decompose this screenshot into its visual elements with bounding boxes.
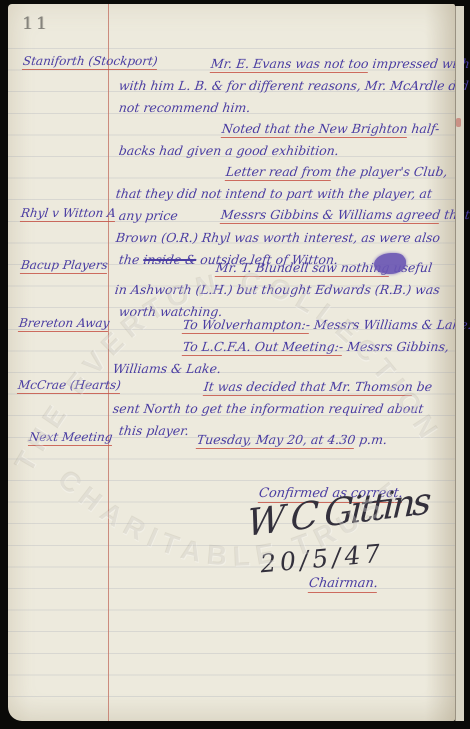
margin-heading-text: Rhyl v Witton A: [20, 206, 117, 222]
underlined-text: Chairman.: [308, 576, 379, 593]
line-text: the: [118, 252, 144, 267]
underlined-text: Messrs Gibbins & Williams agreed: [220, 207, 442, 224]
margin-heading: Brereton Away: [18, 316, 110, 331]
line-text: be: [412, 379, 433, 394]
margin-heading: Staniforth (Stockport): [22, 54, 158, 69]
minute-line: Noted that the New Brighton half-: [221, 121, 440, 136]
underlined-text: Mr. T. Blundell saw nothing: [215, 260, 391, 277]
scanned-minute-book-page: 11 Staniforth (Stockport) Rhyl v Witton …: [0, 0, 470, 729]
underlined-text: To L.C.F.A. Out Meeting:-: [182, 339, 344, 356]
underlined-text: Letter read from: [225, 164, 333, 181]
margin-heading: Rhyl v Witton A: [20, 206, 117, 221]
minute-line: that they did not intend to part with th…: [115, 186, 433, 201]
minute-line: sent North to get the information requir…: [112, 401, 424, 416]
line-text: Messrs Gibbins,: [342, 339, 450, 354]
adjacent-page-edge: [455, 6, 464, 721]
line-text: Messrs Williams & Lake.: [309, 317, 470, 332]
minute-line: Tuesday, May 20, at 4.30 p.m.: [196, 432, 388, 447]
line-text: p.m.: [354, 432, 388, 447]
underlined-text: Noted that the New Brighton: [221, 121, 409, 138]
margin-heading: Bacup Players: [20, 258, 109, 273]
minute-line: Messrs Gibbins & Williams agreed that: [220, 207, 470, 222]
margin-heading-text: McCrae (Hearts): [17, 378, 122, 394]
minute-line: this player.: [118, 423, 190, 438]
margin-heading-text: Next Meeting: [28, 430, 114, 446]
margin-heading: Next Meeting: [28, 430, 113, 445]
underlined-text: It was decided that Mr. Thomson: [203, 379, 414, 396]
minute-line: backs had given a good exhibition.: [118, 143, 340, 158]
underlined-text: To Wolverhampton:-: [182, 317, 311, 334]
margin-heading: McCrae (Hearts): [17, 378, 122, 393]
margin-heading-text: Bacup Players: [20, 258, 109, 274]
minute-line: To Wolverhampton:- Messrs Williams & Lak…: [182, 317, 470, 332]
minute-line: To L.C.F.A. Out Meeting:- Messrs Gibbins…: [182, 339, 450, 354]
edge-red-mark: [456, 118, 461, 127]
page-number: 11: [22, 14, 50, 34]
line-text: half-: [407, 121, 441, 136]
margin-heading-text: Staniforth (Stockport): [22, 54, 159, 70]
underlined-text: Tuesday, May 20, at 4.30: [196, 432, 357, 449]
minute-line: Williams & Lake.: [112, 361, 222, 376]
struck-text: inside &: [142, 252, 197, 267]
minute-line: Letter read from the player's Club,: [225, 164, 448, 179]
red-margin-line: [108, 4, 109, 721]
minute-line: any price: [118, 208, 179, 223]
minute-line: not recommend him.: [118, 100, 251, 115]
chairman-label: Chairman.: [308, 576, 379, 591]
line-text: the player's Club,: [331, 164, 449, 179]
minute-line: Mr. E. Evans was not too impressed with: [210, 56, 470, 71]
minute-line: It was decided that Mr. Thomson be: [203, 379, 433, 394]
margin-heading-text: Brereton Away: [18, 316, 110, 332]
minute-line: with him L. B. & for different reasons, …: [118, 78, 469, 93]
underlined-text: Mr. E. Evans was not too: [210, 56, 370, 73]
notebook-page: 11 Staniforth (Stockport) Rhyl v Witton …: [8, 4, 455, 721]
ink-blot: [374, 253, 406, 274]
minute-line: Brown (O.R.) Rhyl was worth interest, as…: [115, 230, 441, 245]
minute-line: in Ashworth (L.H.) but thought Edwards (…: [114, 282, 441, 297]
